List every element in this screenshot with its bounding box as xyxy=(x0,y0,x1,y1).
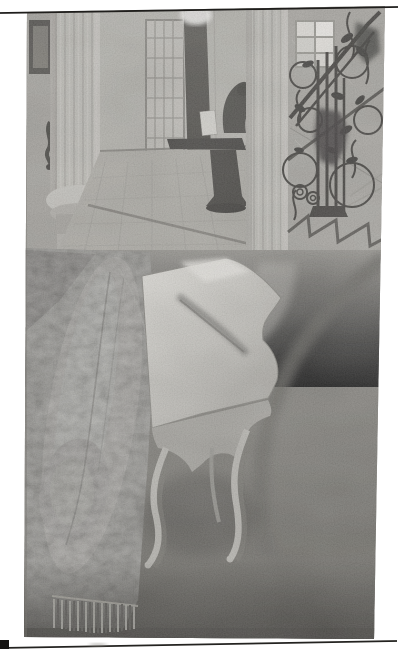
scanned-document-page xyxy=(0,0,400,649)
left-edge-shade xyxy=(24,5,27,641)
interior-photo-scene xyxy=(24,5,386,642)
photocopied-photo xyxy=(0,0,400,649)
grain-noise xyxy=(24,5,386,641)
corner-scan-mark xyxy=(0,640,9,649)
bottom-smudge xyxy=(89,643,107,647)
bottom-scan-rule xyxy=(0,641,397,648)
photo-canvas xyxy=(0,0,400,649)
